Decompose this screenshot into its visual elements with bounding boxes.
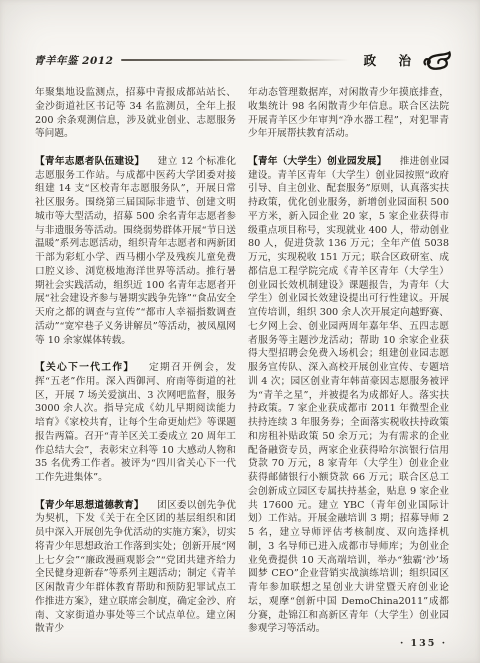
section-label: 政 治 bbox=[364, 51, 420, 69]
book-title: 青羊年鉴 2012 bbox=[34, 53, 113, 68]
entry-text: 建立 12 个标准化志愿服务工作站。与成都中医药大学团委对接组建 14 支“区校… bbox=[35, 156, 236, 346]
yearbook-page: 青羊年鉴 2012 政 治 年聚集地设监测点，招募中青报成都站站长、金沙街道社区… bbox=[0, 0, 480, 663]
page-header: 青羊年鉴 2012 政 治 bbox=[34, 49, 452, 71]
two-column-body: 年聚集地设监测点，招募中青报成都站站长、金沙街道社区书记等 34 名监测员，全年… bbox=[35, 86, 449, 636]
entry-volunteer-team-building: 【青年志愿者队伍建设】建立 12 个标准化志愿服务工作站。与成都中医药大学团委对… bbox=[35, 155, 236, 348]
entry-title: 【青年（大学生）创业园发展】 bbox=[248, 156, 386, 167]
cloud-swirl-icon bbox=[422, 49, 452, 72]
entry-youth-moral-education: 【青少年思想道德教育】团区委以创先争优为契机，下发《关于在全区团的基层组织和团员… bbox=[35, 499, 236, 637]
continued-paragraph: 年聚集地设监测点，招募中青报成都站站长、金沙街道社区书记等 34 名监测员，全年… bbox=[35, 86, 236, 141]
right-column: 年动态管理数据库，对闲散青少年摸底排查，收集统计 98 名闲散青少年信息。联合区… bbox=[248, 86, 449, 636]
left-column: 年聚集地设监测点，招募中青报成都站站长、金沙街道社区书记等 34 名监测员，全年… bbox=[35, 86, 236, 636]
header-divider-line bbox=[121, 59, 349, 61]
entry-text: 定期召开例会，发挥“五老”作用。深入西御河、府南等街道的社区，开展 7 场关爱演… bbox=[35, 362, 236, 483]
entry-title: 【青年志愿者队伍建设】 bbox=[35, 156, 144, 167]
entry-text: 团区委以创先争优为契机，下发《关于在全区团的基层组织和团员中深入开展创先争优活动… bbox=[35, 500, 236, 635]
entry-text: 推进创业园建设。青羊区青年（大学生）创业园按照“政府引导、自主创业、配套服务”原… bbox=[248, 156, 449, 635]
continued-paragraph: 年动态管理数据库，对闲散青少年摸底排查，收集统计 98 名闲散青少年信息。联合区… bbox=[248, 86, 449, 141]
entry-title: 【青少年思想道德教育】 bbox=[35, 500, 144, 511]
entry-startup-park-development: 【青年（大学生）创业园发展】推进创业园建设。青羊区青年（大学生）创业园按照“政府… bbox=[248, 155, 449, 636]
entry-next-generation-care: 【关心下一代工作】定期召开例会，发挥“五老”作用。深入西御河、府南等街道的社区，… bbox=[35, 361, 236, 485]
entry-title: 【关心下一代工作】 bbox=[35, 362, 134, 373]
page-number: · 135 · bbox=[400, 638, 447, 649]
